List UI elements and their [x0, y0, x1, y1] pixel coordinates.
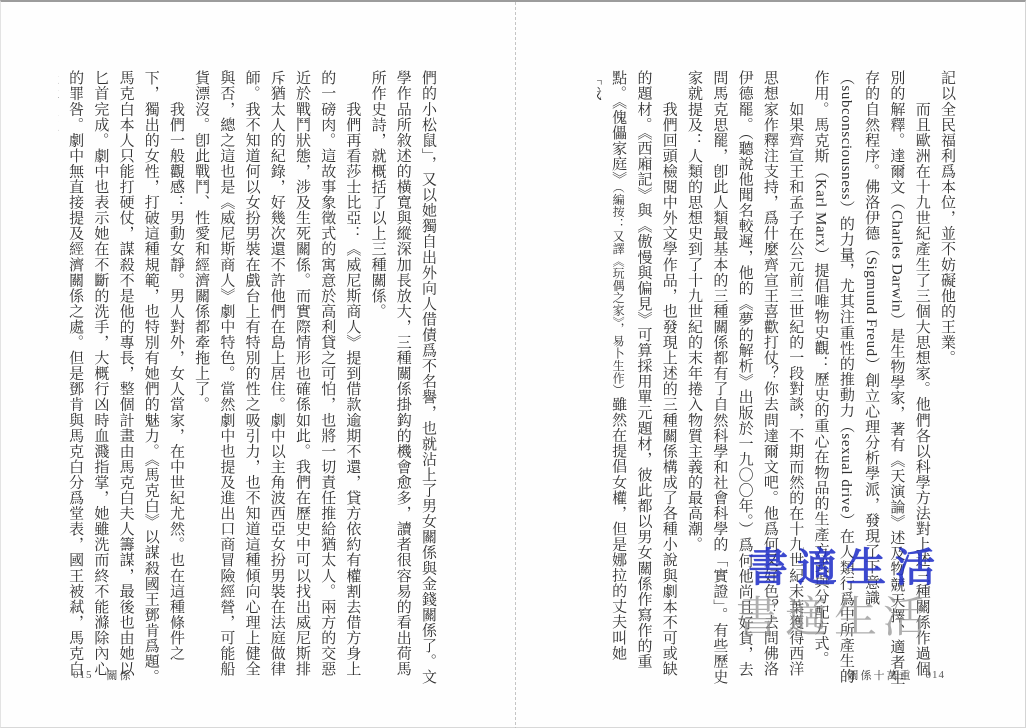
paragraph: 們的小松鼠」，又以她獨自出外向人借債爲不名譽，也就沾上了男女關係與金錢關係了。文… [364, 70, 440, 691]
page-left-text-block: 們的小松鼠」，又以她獨自出外向人借債爲不名譽，也就沾上了男女關係與金錢關係了。文… [58, 70, 440, 691]
footer-left: 015 關係 [73, 667, 133, 683]
paragraph: 我們回頭檢閱中外文學作品，也發現上述的三種關係構成了各種小說與劇本不可或缺的題材… [597, 70, 681, 691]
chapter-title: 關係 [107, 667, 133, 683]
paragraph: 我們一般觀感：男動女靜。男人對外，女人當家，在中世紀尤然。也在這種條件之下，獨出… [58, 70, 188, 691]
watermark-gray: 書適生活 [736, 584, 932, 645]
page-number: 015 [73, 669, 93, 681]
paragraph: 我們再看莎士比亞：《威尼斯商人》提到借款逾期不還，貸方依約有權割去借方身上的一磅… [188, 70, 364, 691]
footer-right: 關係十萬重 014 [848, 667, 946, 683]
book-spread: 記以全民福利爲本位，並不妨礙他的王業。 而且歐洲在十九世紀產生了三個大思想家。他… [0, 0, 1026, 728]
paragraph: 記以全民福利爲本位，並不妨礙他的王業。 [934, 70, 959, 691]
book-title: 關係十萬重 [848, 667, 913, 683]
gutter-fold-line [515, 2, 516, 728]
page-number: 014 [926, 669, 946, 681]
editor-note: （編按：又譯《玩偶之家》，易卜生作） [611, 187, 625, 396]
